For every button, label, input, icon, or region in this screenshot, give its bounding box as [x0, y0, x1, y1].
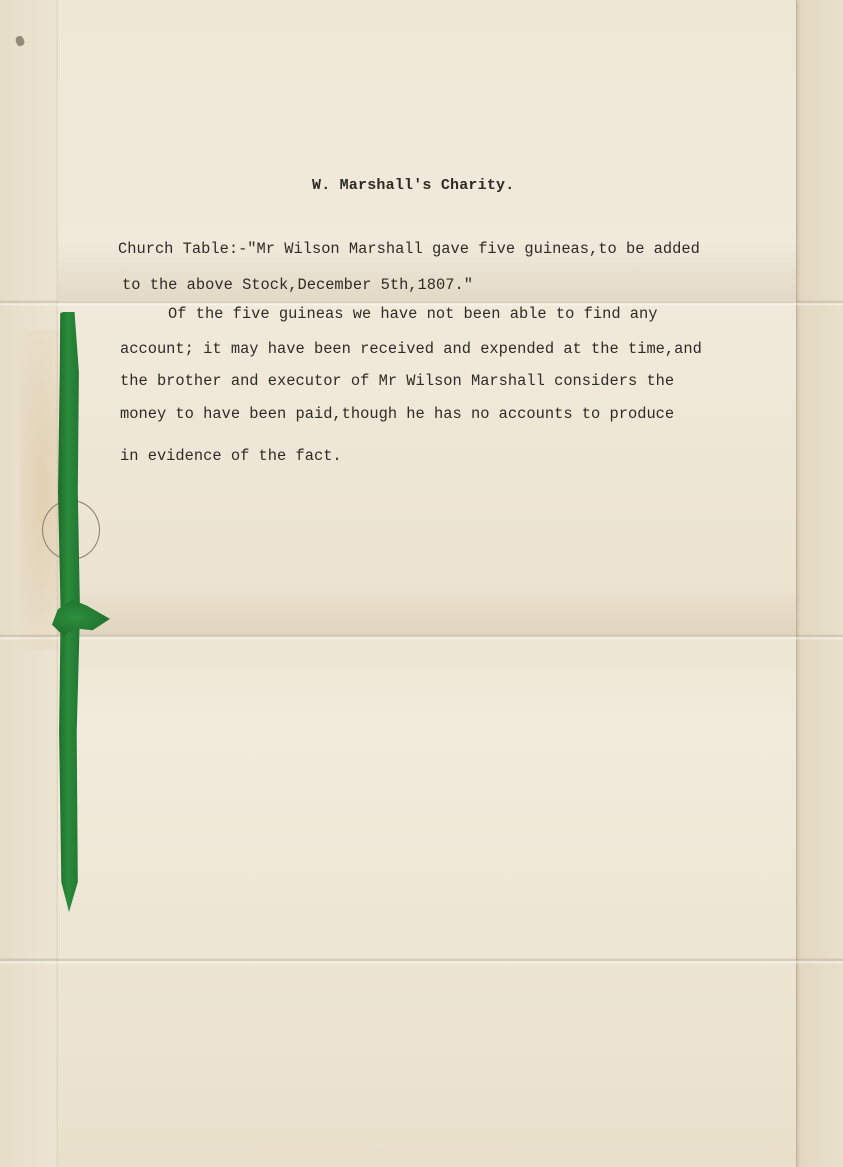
text-line-3: Of the five guineas we have not been abl…: [168, 305, 658, 323]
text-line-7: in evidence of the fact.: [120, 447, 342, 465]
text-line-5: the brother and executor of Mr Wilson Ma…: [120, 372, 674, 390]
text-line-6: money to have been paid,though he has no…: [120, 405, 674, 423]
document-content: W. Marshall's Charity. Church Table:-"Mr…: [0, 0, 843, 1167]
text-line-4: account; it may have been received and e…: [120, 340, 702, 358]
text-line-1: Church Table:-"Mr Wilson Marshall gave f…: [118, 240, 700, 258]
document-title: W. Marshall's Charity.: [312, 177, 514, 194]
text-line-2: to the above Stock,December 5th,1807.": [122, 276, 473, 294]
